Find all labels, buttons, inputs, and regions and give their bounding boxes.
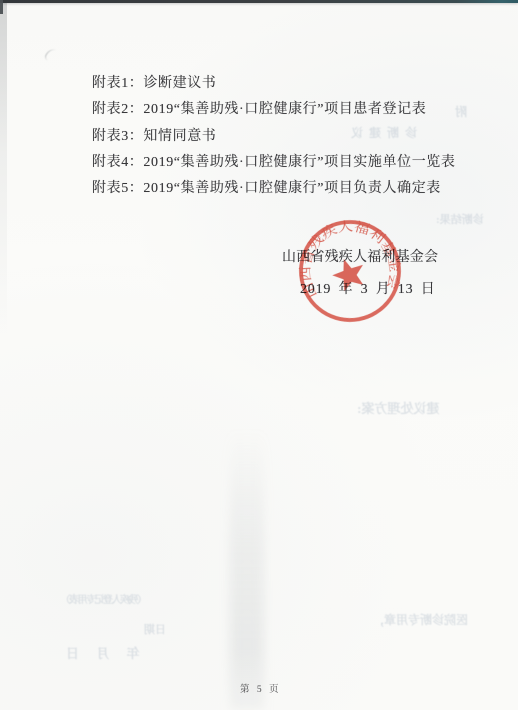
attachment-item-1: 附表1：诊断建议书	[92, 71, 456, 97]
scanner-edge-left-shading	[0, 3, 7, 338]
attachment-item-4: 附表4：2019“集善助残·口腔健康行”项目实施单位一览表	[92, 150, 456, 176]
bleedthrough-text: 医院诊断专用章，	[372, 611, 468, 628]
attachment-item-2: 附表2：2019“集善助残·口腔健康行”项目患者登记表	[92, 97, 456, 123]
official-seal: 山西省残疾人福利基金会	[289, 210, 410, 331]
seal-star-icon	[329, 254, 370, 294]
bleedthrough-text: 年 月 日	[66, 643, 140, 662]
attachment-list: 附表1：诊断建议书 附表2：2019“集善助残·口腔健康行”项目患者登记表 附表…	[92, 71, 456, 202]
bleedthrough-text: 诊断结果:	[436, 211, 484, 227]
bleedthrough-text: 建议处理方案:	[357, 398, 439, 417]
attachment-item-3: 附表3：知情同意书	[92, 124, 456, 150]
svg-text:山西省残疾人福利基金会: 山西省残疾人福利基金会	[294, 214, 405, 301]
scan-smudge-mark	[44, 47, 61, 64]
bleedthrough-text: （残疾人登记专用表）	[62, 591, 147, 606]
bleedthrough-text: 日期	[144, 621, 166, 637]
bleedthrough-text: 附	[455, 103, 467, 120]
seal-arc-text: 山西省残疾人福利基金会	[294, 214, 405, 301]
scan-vertical-streak	[230, 430, 264, 710]
attachment-item-5: 附表5：2019“集善助残·口腔健康行”项目负责人确定表	[92, 176, 456, 202]
page-number: 第 5 页	[240, 681, 280, 695]
scanner-edge-top	[0, 0, 518, 3]
scanned-document-page: 附 诊断建议 诊断结果: 建议处理方案: （残疾人登记专用表） 年 月 日 医院…	[0, 0, 518, 710]
